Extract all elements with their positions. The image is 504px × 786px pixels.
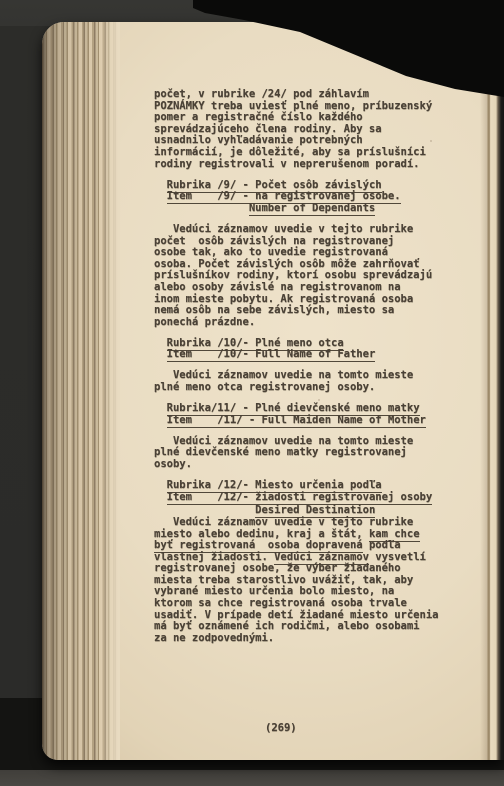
text: počet, v rubrike /24/ pod záhlavím [154,89,369,101]
text-block: počet, v rubrike /24/ pod záhlavímPOZNÁM… [154,89,470,654]
text: Vedúci záznamov uvedie v tejto rubrike [154,517,413,529]
heading: Rubrika /10/- Plné meno otca Item /10/- … [154,338,470,361]
text-line: Vedúci záznamov uvedie v tejto rubrike [154,224,470,236]
text-line: osobe tak, ako to uvedie registrovaná [154,247,470,259]
text-line: nemá osôb na sebe závislých, miesto sa [154,305,470,317]
photo-of-book-page: počet, v rubrike /24/ pod záhlavímPOZNÁM… [0,0,504,786]
text-line: Vedúci záznamov uvedie v tejto rubrike [154,517,470,529]
text-line: alebo osoby závislé na registrovanom na [154,282,470,294]
underlined-text: Item /10/- Full Name of Father [167,349,376,362]
text-line: osoby. [154,459,470,471]
text [154,492,167,504]
underlined-text: Number of Dependants [249,203,375,216]
heading: Rubrika /12/- Miesto určenia podľa Item … [154,480,470,517]
text-line: informácií, je dôležité, aby sa príslušn… [154,147,470,159]
underlined-text: Item /11/ - Full Maiden Name of Mother [167,415,426,428]
text: plné meno otca registrovanej osoby. [154,382,375,394]
text-line: plné dievčenské meno matky registrovanej [154,447,470,459]
text: podľa [363,540,401,552]
paragraph: Vedúci záznamov uvedie v tejto rubrikemi… [154,517,470,645]
underlined-text: Item /12/- žiadosti registrovanej osoby [167,492,433,505]
paragraph: Vedúci záznamov uvedie na tomto miestepl… [154,370,470,393]
text: osoby. [154,459,192,471]
paragraph: Vedúci záznamov uvedie v tejto rubrikepo… [154,224,470,328]
page-number: (269) [265,722,297,734]
text-line: Item /11/ - Full Maiden Name of Mother [154,415,470,427]
text: osobe tak, ako to uvedie registrovaná [154,247,388,259]
text-line: plné meno otca registrovanej osoby. [154,382,470,394]
text [154,403,167,415]
text: za ne zodpovednými. [154,633,274,645]
text [154,349,167,361]
heading: Rubrika /9/ - Počet osôb závislých Item … [154,180,470,215]
text-line: ponechá prázdne. [154,317,470,329]
book-fore-edge-pages [42,22,120,760]
text: alebo osoby závislé na registrovanom na [154,282,401,294]
text-line: za ne zodpovednými. [154,633,470,645]
text: ponechá prázdne. [154,317,255,329]
text-line: počet, v rubrike /24/ pod záhlavím [154,89,470,101]
heading: Rubrika/11/ - Plné dievčenské meno matky… [154,403,470,426]
text: ktorom sa chce registrovaná osoba trvale [154,598,407,610]
text: nemá osôb na sebe závislých, miesto sa [154,305,394,317]
text [154,203,249,215]
text: Vedúci záznamov uvedie v tejto rubrike [154,224,413,236]
text-line: Item /10/- Full Name of Father [154,349,470,361]
text-line: Rubrika /12/- Miesto určenia podľa [154,480,470,492]
text-line: Number of Dependants [154,203,470,215]
paragraph: Vedúci záznamov uvedie na tomto miestepl… [154,436,470,471]
paragraph: počet, v rubrike /24/ pod záhlavímPOZNÁM… [154,89,470,170]
text-line: ktorom sa chce registrovaná osoba trvale [154,598,470,610]
text-line: rodiny registrovali v neprerušenom porad… [154,159,470,171]
text-line: byť registrovaná osoba dopravená podľa [154,540,470,552]
text: rodiny registrovali v neprerušenom porad… [154,159,420,171]
text-line: Rubrika/11/ - Plné dievčenské meno matky [154,403,470,415]
text [154,480,167,492]
text: informácií, je dôležité, aby sa príslušn… [154,147,426,159]
text [154,415,167,427]
text-line: Item /12/- žiadosti registrovanej osoby [154,492,470,504]
